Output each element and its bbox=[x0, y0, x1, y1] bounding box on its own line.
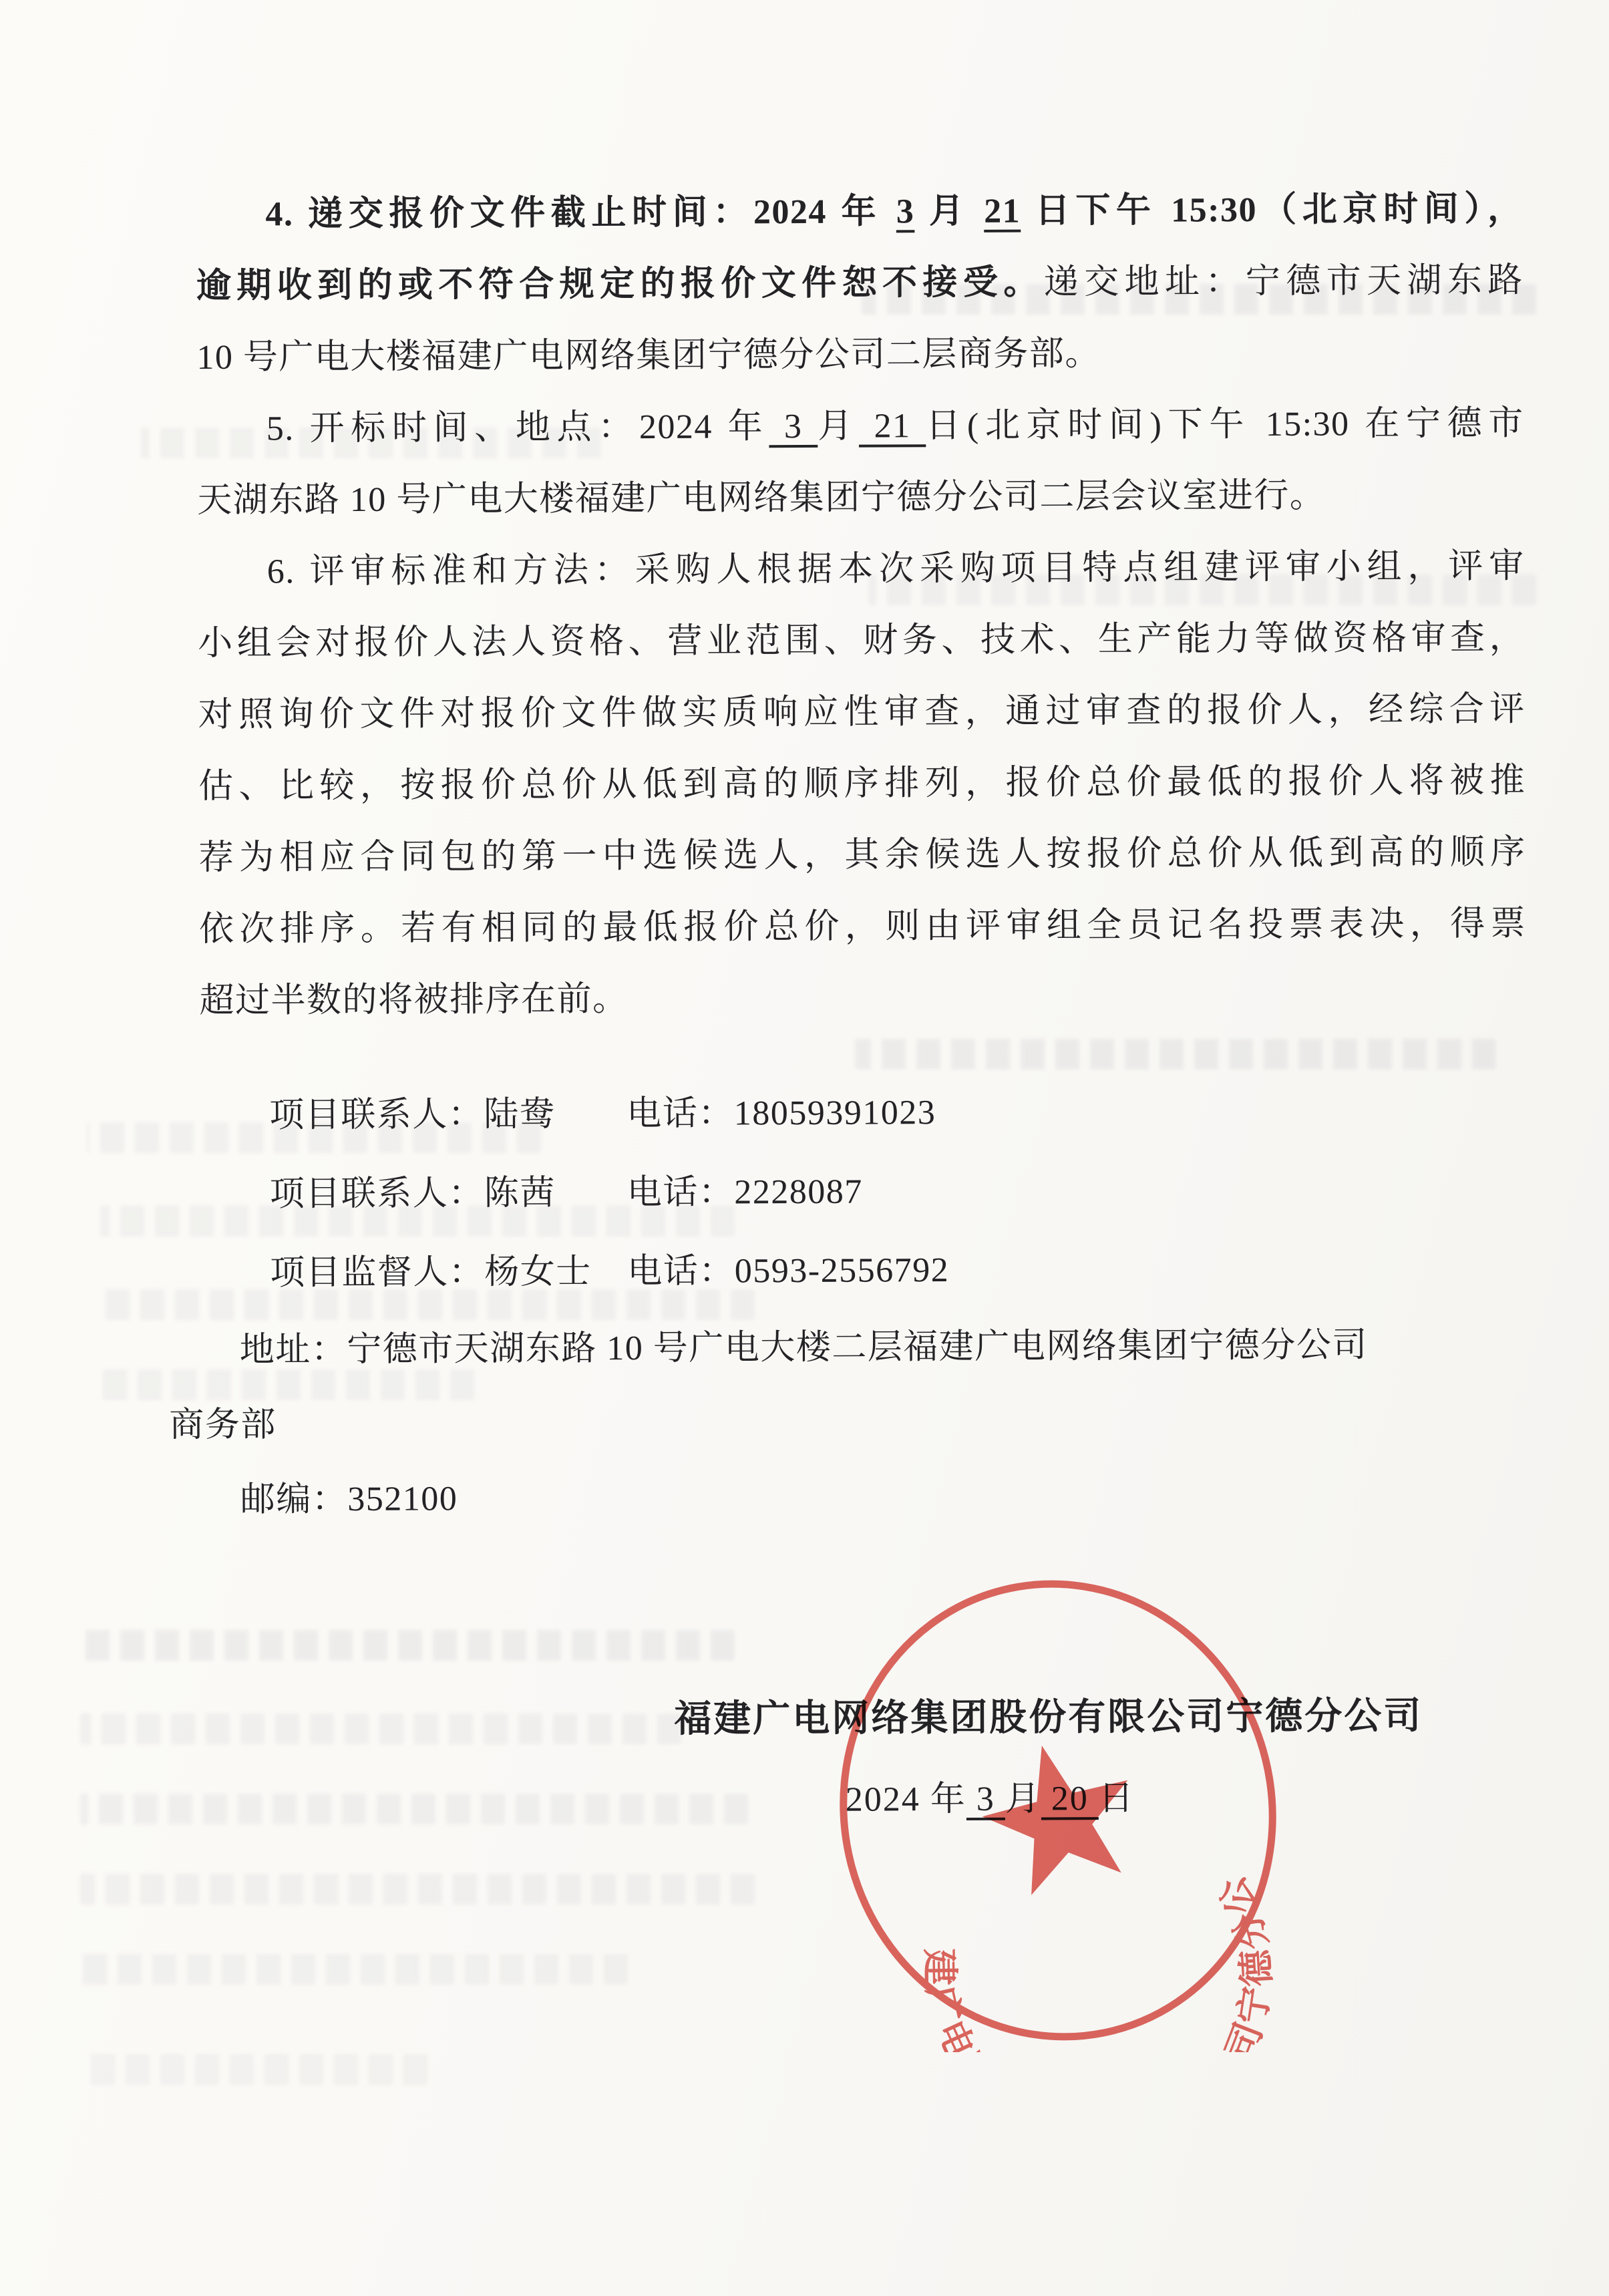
text-line: 对照询价文件对报价文件做实质响应性审查，通过审查的报价人，经综合评 bbox=[198, 673, 1525, 751]
text-line: 超过半数的将被排序在前。 bbox=[199, 959, 1526, 1037]
text-line: 小组会对报价人法人资格、营业范围、财务、技术、生产能力等做资格审查， bbox=[198, 602, 1525, 679]
seal-star bbox=[969, 1728, 1149, 1902]
text-line: 估、比较，按报价总价从低到高的顺序排列，报价总价最低的报价人将被推 bbox=[198, 745, 1526, 822]
text-line: 4. 递交报价文件截止时间：2024 年 3 月 21 日下午 15:30（北京… bbox=[196, 173, 1523, 251]
text-line: 天湖东路 10 号广电大楼福建广电网络集团宁德分公司二层会议室进行。 bbox=[197, 459, 1524, 536]
contact-block: 项目联系人：陆鸯 电话：18059391023 项目联系人：陈茜 电话：2228… bbox=[200, 1071, 1528, 1313]
text-line: 逾期收到的或不符合规定的报价文件恕不接受。递交地址：宁德市天湖东路 bbox=[196, 244, 1524, 322]
text-line: 6. 评审标准和方法：采购人根据本次采购项目特点组建评审小组，评审 bbox=[198, 530, 1525, 608]
contact-line: 项目联系人：陆鸯 电话：18059391023 bbox=[200, 1071, 1527, 1156]
contact-line: 项目联系人：陈茜 电话：2228087 bbox=[200, 1150, 1528, 1235]
scanned-document-page: 4. 递交报价文件截止时间：2024 年 3 月 21 日下午 15:30（北京… bbox=[0, 0, 1609, 2296]
address-line: 商务部 bbox=[169, 1382, 1528, 1463]
text-line: 荐为相应合同包的第一中选候选人，其余候选人按报价总价从低到高的顺序 bbox=[198, 816, 1526, 894]
text-line: 10 号广电大楼福建广电网络集团宁德分公司二层商务部。 bbox=[196, 316, 1524, 393]
official-seal: 福建广电网络集团股份有限公司宁德分公司 bbox=[824, 1569, 1292, 2052]
document-text: 4. 递交报价文件截止时间：2024 年 3 月 21 日下午 15:30（北京… bbox=[0, 0, 1609, 1828]
contact-line: 项目监督人：杨女士 电话：0593-2556792 bbox=[200, 1228, 1528, 1313]
address-line: 地址：宁德市天湖东路 10 号广电大楼二层福建广电网络集团宁德分公司 bbox=[201, 1307, 1528, 1388]
text-line: 5. 开标时间、地点：2024 年 3 月 21 日(北京时间)下午 15:30… bbox=[197, 387, 1524, 465]
address-block: 地址：宁德市天湖东路 10 号广电大楼二层福建广电网络集团宁德分公司 商务部 邮… bbox=[201, 1307, 1529, 1538]
postal-code-line: 邮编：352100 bbox=[202, 1457, 1529, 1538]
text-line: 依次排序。若有相同的最低报价总价，则由评审组全员记名投票表决，得票 bbox=[199, 888, 1526, 965]
